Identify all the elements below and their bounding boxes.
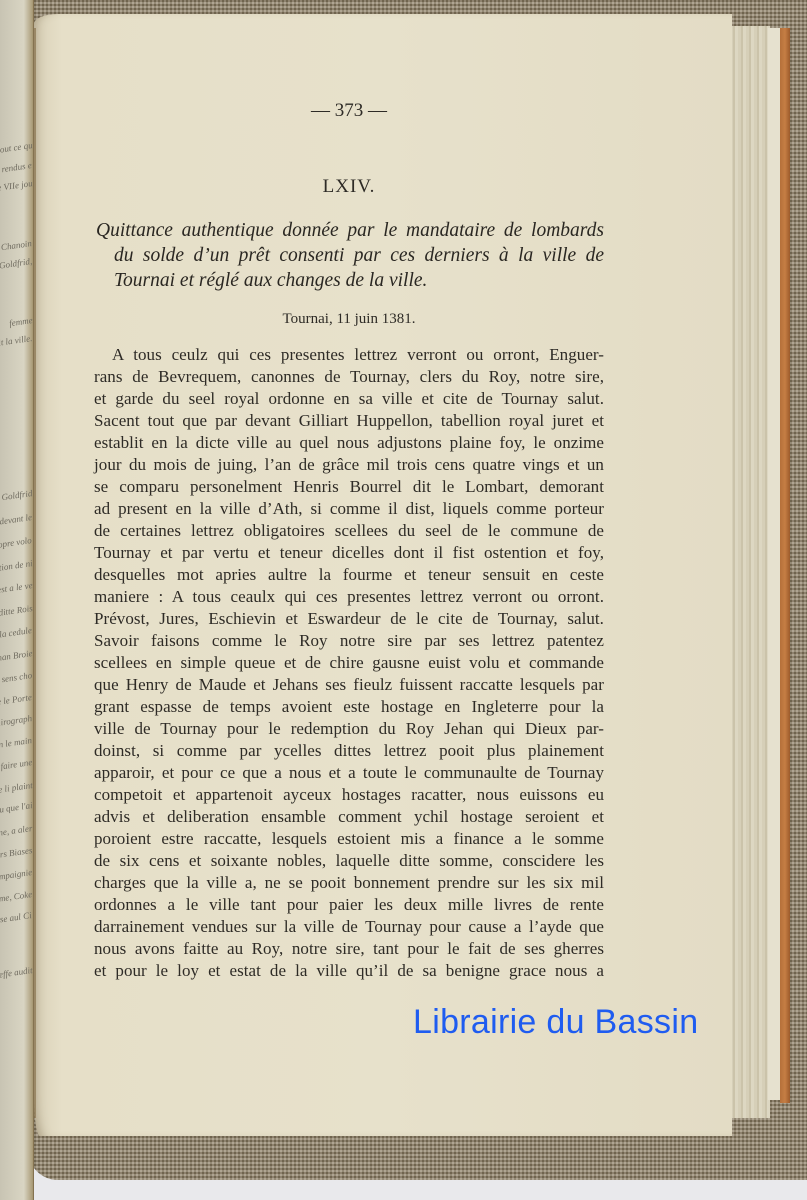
body-line: nous avons faitte au Roy, notre sire, ta… (94, 938, 604, 960)
facing-page: tout ce quur rendus e, le VIIe jouurd, C… (0, 0, 34, 1200)
facing-page-text-fragments: tout ce quur rendus e, le VIIe jouurd, C… (0, 0, 34, 1200)
body-line: desquelles mot apries aultre la fourme e… (94, 564, 604, 586)
facing-page-fragment: frame, Coke (0, 889, 33, 905)
facing-page-fragment: in de le Porte (0, 692, 33, 709)
body-line: poroient estre raccatte, lesquels estoie… (94, 828, 604, 850)
document-title: Quittance authentique donnée par le mand… (96, 218, 604, 293)
facing-page-fragment: compaignie (0, 867, 33, 883)
facing-page-fragment: ehan Broie (0, 648, 33, 663)
body-line: et garde du seel royal ordonne en sa vil… (94, 388, 604, 410)
body-text: A tous ceulz qui ces presentes lettrez v… (94, 344, 604, 982)
facing-page-fragment: chou que l'ai (0, 800, 33, 816)
body-line: doinst, si comme par ycelles dittes lett… (94, 740, 604, 762)
facing-page-fragment: ur rendus e (0, 160, 33, 176)
body-line: Tournay et par vertu et teneur dicelles … (94, 542, 604, 564)
page-block-edge-light (768, 28, 780, 1100)
body-line: Prévost, Jures, Eschievin et Eswardeur d… (94, 608, 604, 630)
facing-page-fragment: oir est a le ve (0, 580, 33, 597)
facing-page-fragment: tion sens cho (0, 670, 33, 686)
watermark: Librairie du Bassin (413, 1003, 698, 1042)
facing-page-fragment: ke Goldfrid (0, 488, 33, 504)
page-number: — 373 — (94, 100, 604, 122)
facing-page-fragment: urd, Chanoin (0, 238, 33, 255)
title-line: Quittance authentique donnée par le mand… (96, 218, 604, 243)
facing-page-fragment: tout ce qu (0, 140, 33, 155)
section-number: LXIV. (94, 176, 604, 198)
body-line: charges que la ville a, ne se pooit bonn… (94, 872, 604, 894)
body-line: ad present en la ville d’Ath, si comme i… (94, 498, 604, 520)
facing-page-fragment: , le VIIe jou (0, 178, 33, 194)
facing-page-fragment: la cedule (0, 625, 33, 639)
body-line: jour du mois de juing, l’an de grâce mil… (94, 454, 604, 476)
body-line: A tous ceulz qui ces presentes lettrez v… (94, 344, 604, 366)
body-line: maniere : A tous ceaulx qui ces presente… (94, 586, 604, 608)
dateline: Tournai, 11 juin 1381. (94, 311, 604, 328)
body-line: Sacent tout que par devant Gilliart Hupp… (94, 410, 604, 432)
body-line: scellees en simple queue et de chire gau… (94, 652, 604, 674)
facing-page-fragment: 4; Goldfrid, (0, 256, 33, 272)
facing-page-fragment: Greffe audit (0, 965, 33, 981)
facing-page-fragment: rasse aul Ci (0, 910, 33, 926)
body-line: darrainement vendues sur la ville de Tou… (94, 916, 604, 938)
body-line: que Henry de Maude et Jehans ses fieulz … (94, 674, 604, 696)
body-line: ville de Tournay pour le redemption du R… (94, 718, 604, 740)
title-line: Tournai et réglé aux changes de la ville… (96, 268, 604, 293)
page-block-edge (730, 26, 770, 1118)
body-line: grant espasse de temps avoient este host… (94, 696, 604, 718)
cover-board-edge (780, 28, 790, 1103)
facing-page-fragment: e ditte Rois (0, 603, 33, 619)
body-line: et pour le loy et estat de la ville qu’i… (94, 960, 604, 982)
body-line: de six cens et soixante nobles, laquelle… (94, 850, 604, 872)
title-line: du solde d’un prêt consenti par ces dern… (96, 243, 604, 268)
facing-page-fragment: femme (8, 315, 33, 328)
facing-page-fragment: cention de ni (0, 558, 33, 574)
body-line: establit en la dicte ville au quel nous … (94, 432, 604, 454)
facing-page-fragment: que li plaint (0, 780, 33, 796)
facing-page-fragment: pardevant le (0, 512, 33, 528)
facing-page-fragment: ars Biases (0, 845, 33, 860)
facing-page-fragment: in en le main (0, 735, 33, 751)
facing-page-fragment: pour faire une (0, 757, 33, 774)
body-line: de certaines lettrez obligatoires scelle… (94, 520, 604, 542)
facing-page-fragment: te chirograph (0, 713, 33, 730)
body-line: rans de Bevrequem, canonnes de Tournay, … (94, 366, 604, 388)
facing-page-fragment: it la ville. (0, 333, 33, 348)
body-line: advis et deliberation ensamble comment y… (94, 806, 604, 828)
facing-page-fragment: propre volo (0, 535, 33, 551)
body-line: competoit et appartenoit ayceux hostages… (94, 784, 604, 806)
body-line: Savoir faisons comme le Roy notre sire p… (94, 630, 604, 652)
body-line: ordonnes a le ville tant pour paier les … (94, 894, 604, 916)
body-line: se comparu personelment Henris Bourrel d… (94, 476, 604, 498)
body-line: apparoir, et pour ce que a nous et a tou… (94, 762, 604, 784)
facing-page-fragment: graphe, a aler (0, 823, 33, 840)
gutter (34, 28, 36, 1118)
